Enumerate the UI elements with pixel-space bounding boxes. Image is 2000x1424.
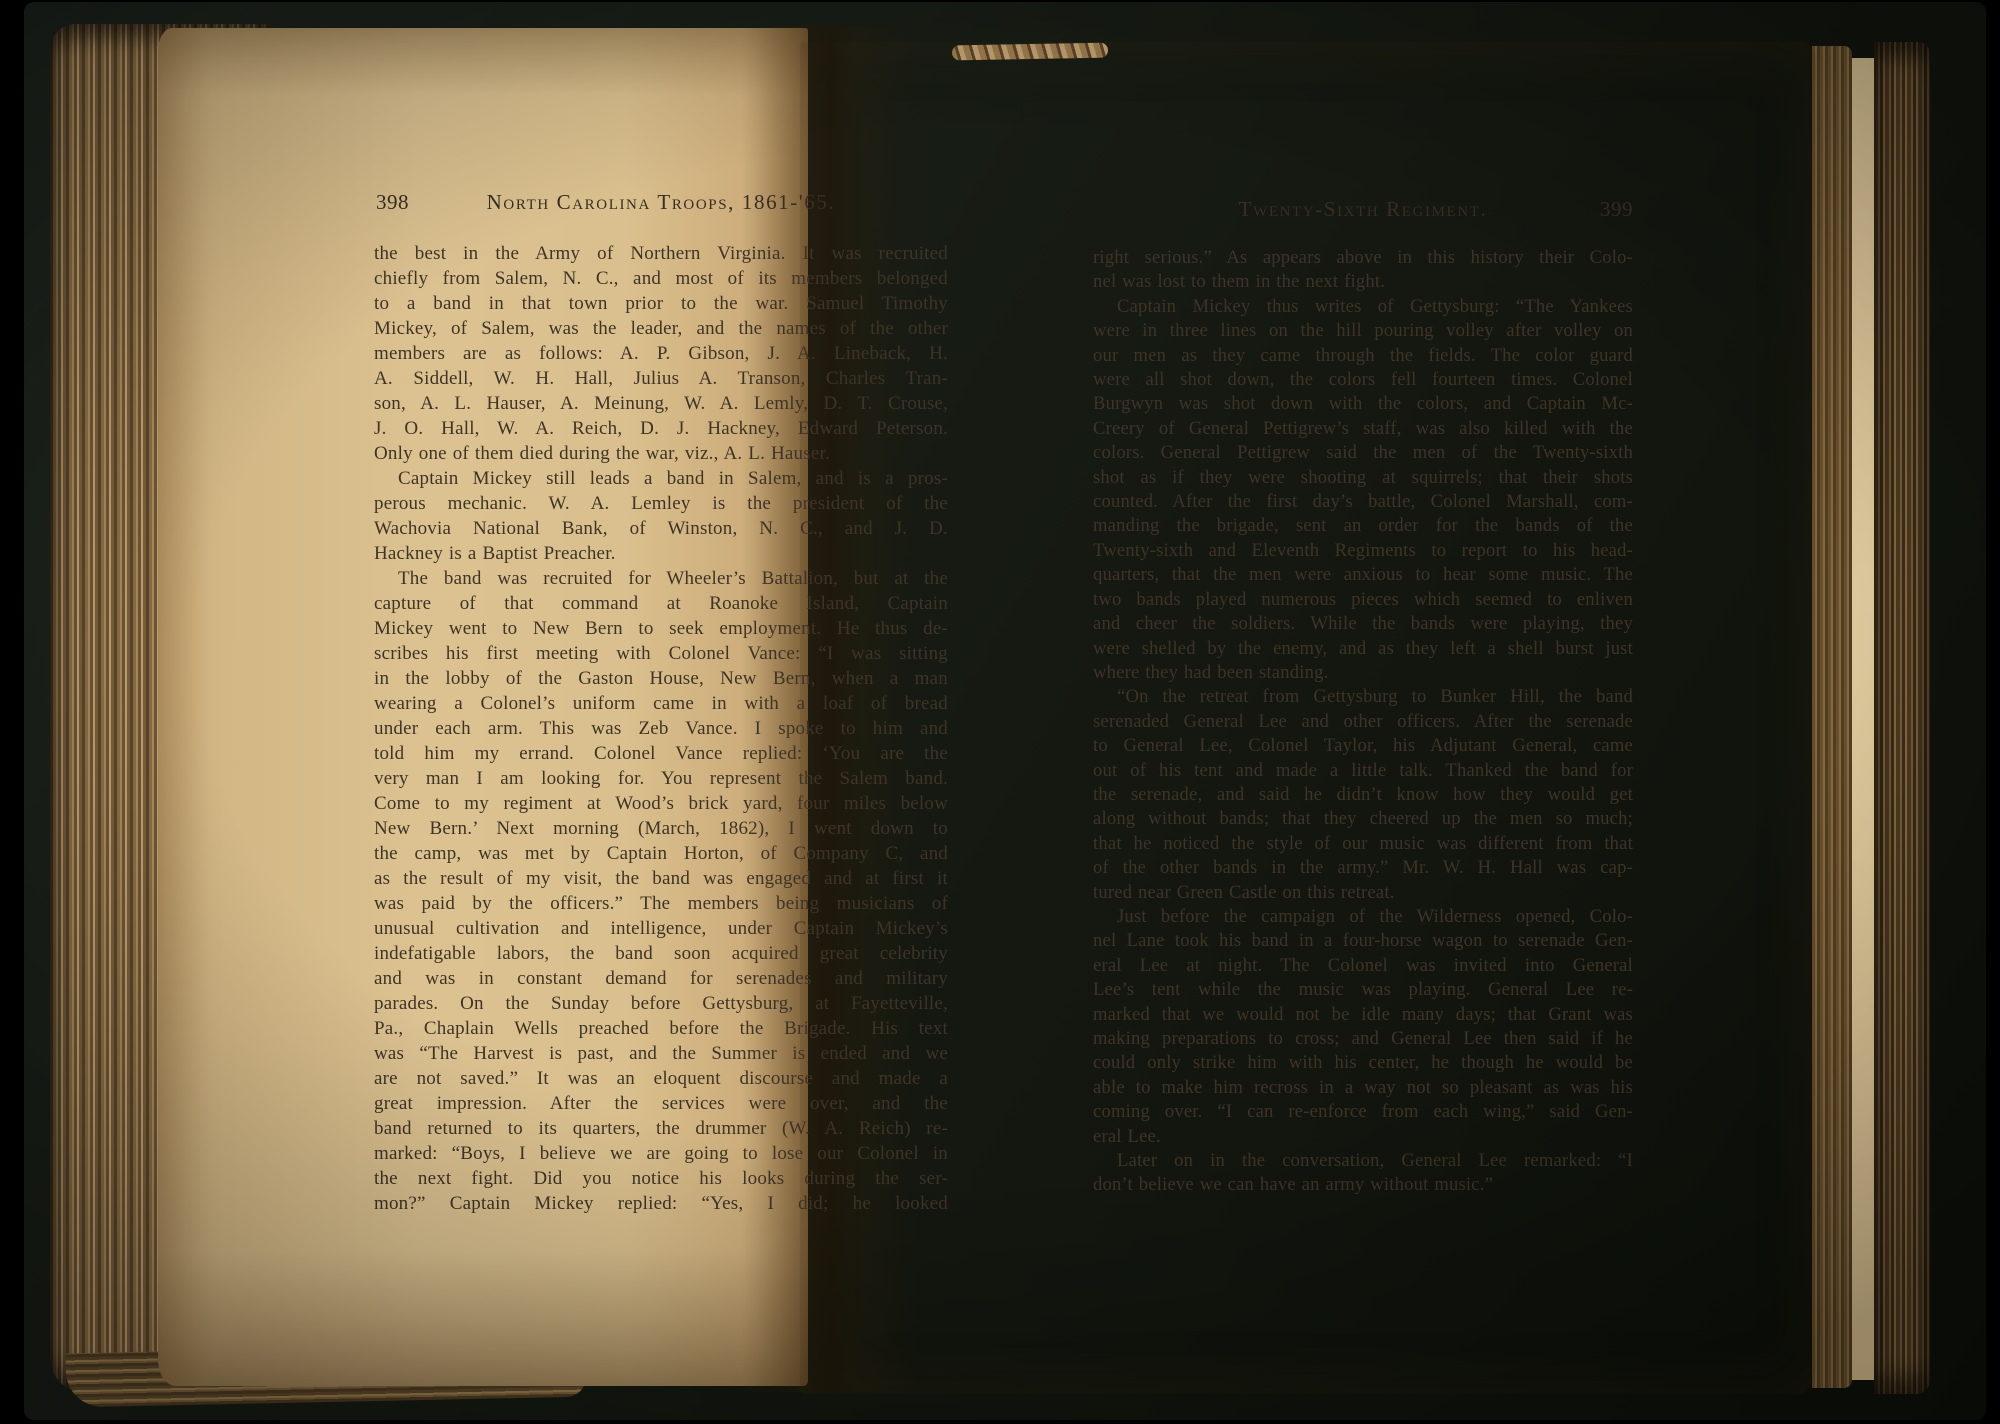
text-line: and cheer the soldiers. While the bands … [1093,612,1633,636]
text-line: the next fight. Did you notice his looks… [374,1166,948,1191]
text-line: J. O. Hall, W. A. Reich, D. J. Hackney, … [374,416,948,441]
text-line: nel was lost to them in the next fight. [1093,270,1633,294]
text-line: manding the brigade, sent an order for t… [1093,514,1633,538]
text-line: are not saved.” It was an eloquent disco… [374,1066,948,1091]
text-line: the best in the Army of Northern Virgini… [374,241,948,266]
paragraph: “On the retreat from Gettysburg to Bunke… [1093,685,1633,905]
paragraph: Later on in the conversation, General Le… [1093,1149,1633,1198]
text-line: Wachovia National Bank, of Winston, N. C… [374,516,948,541]
text-line: in the lobby of the Gaston House, New Be… [374,666,948,691]
text-line: Mickey went to New Bern to seek employme… [374,616,948,641]
text-line: the serenade, and said he didn’t know ho… [1093,783,1633,807]
text-line: along without bands; that they cheered u… [1093,807,1633,831]
text-line: Just before the campaign of the Wilderne… [1093,905,1633,929]
text-line: band returned to its quarters, the drumm… [374,1116,948,1141]
paragraph: Captain Mickey still leads a band in Sal… [374,466,948,566]
text-line: colors. General Pettigrew said the men o… [1093,441,1633,465]
text-line: told him my errand. Colonel Vance replie… [374,741,948,766]
text-line: eral Lee. [1093,1125,1633,1149]
text-line: coming over. “I can re-enforce from each… [1093,1100,1633,1124]
paragraph: right serious.” As appears above in this… [1093,246,1633,295]
text-line: the camp, was met by Captain Horton, of … [374,841,948,866]
text-line: and was in constant demand for serenades… [374,966,948,991]
text-line: eral Lee at night. The Colonel was invit… [1093,954,1633,978]
text-line: out of his tent and made a little talk. … [1093,759,1633,783]
text-line: as the result of my visit, the band was … [374,866,948,891]
text-line: Hackney is a Baptist Preacher. [374,541,948,566]
text-line: Mickey, of Salem, was the leader, and th… [374,316,948,341]
text-line: quarters, that the men were anxious to h… [1093,563,1633,587]
text-line: nel Lane took his band in a four-horse w… [1093,929,1633,953]
book-photo: { "left_page": { "page_number": "398", "… [0,0,2000,1424]
text-line: great impression. After the services wer… [374,1091,948,1116]
right-page-number: 399 [1600,197,1633,222]
text-line: “On the retreat from Gettysburg to Bunke… [1093,685,1633,709]
text-line: Pa., Chaplain Wells preached before the … [374,1016,948,1041]
text-line: to a band in that town prior to the war.… [374,291,948,316]
right-page-edge-highlight [1852,58,1874,1380]
text-line: where they had been standing. [1093,661,1633,685]
text-line: members are as follows: A. P. Gibson, J.… [374,341,948,366]
text-line: scribes his first meeting with Colonel V… [374,641,948,666]
text-line: Later on in the conversation, General Le… [1093,1149,1633,1173]
right-page-body: right serious.” As appears above in this… [1093,246,1633,1198]
text-line: could only strike him with his center, h… [1093,1051,1633,1075]
text-line: wearing a Colonel’s uniform came in with… [374,691,948,716]
paragraph: Captain Mickey thus writes of Gettysburg… [1093,295,1633,686]
left-running-header: North Carolina Troops, 1861-'65. [374,190,948,215]
text-line: mon?” Captain Mickey replied: “Yes, I di… [374,1191,948,1216]
left-page-number: 398 [376,190,409,215]
text-line: was paid by the officers.” The members b… [374,891,948,916]
right-page-header: 399 Twenty-Sixth Regiment. [1093,197,1633,222]
text-line: two bands played numerous pieces which s… [1093,588,1633,612]
right-page-edges-outer [1874,42,1930,1394]
text-line: our men as they came through the fields.… [1093,344,1633,368]
text-line: making preparations to cross; and Genera… [1093,1027,1633,1051]
text-line: Only one of them died during the war, vi… [374,441,948,466]
paragraph: The band was recruited for Wheeler’s Bat… [374,566,948,1216]
right-page-edges-inner [1812,46,1852,1388]
text-line: Creery of General Pettigrew’s staff, was… [1093,417,1633,441]
text-line: were all shot down, the colors fell four… [1093,368,1633,392]
text-line: son, A. L. Hauser, A. Meinung, W. A. Lem… [374,391,948,416]
text-line: that he noticed the style of our music w… [1093,832,1633,856]
text-line: were shelled by the enemy, and as they l… [1093,637,1633,661]
text-line: counted. After the first day’s battle, C… [1093,490,1633,514]
text-line: A. Siddell, W. H. Hall, Julius A. Transo… [374,366,948,391]
text-line: right serious.” As appears above in this… [1093,246,1633,270]
text-line: was “The Harvest is past, and the Summer… [374,1041,948,1066]
text-line: don’t believe we can have an army withou… [1093,1173,1633,1197]
text-line: able to make him recross in a way not so… [1093,1076,1633,1100]
paragraph: Just before the campaign of the Wilderne… [1093,905,1633,1149]
text-line: The band was recruited for Wheeler’s Bat… [374,566,948,591]
text-line: Captain Mickey thus writes of Gettysburg… [1093,295,1633,319]
text-line: marked that we would not be idle many da… [1093,1003,1633,1027]
text-line: to General Lee, Colonel Taylor, his Adju… [1093,734,1633,758]
text-line: Burgwyn was shot down with the colors, a… [1093,392,1633,416]
text-line: parades. On the Sunday before Gettysburg… [374,991,948,1016]
text-line: indefatigable labors, the band soon acqu… [374,941,948,966]
text-line: chiefly from Salem, N. C., and most of i… [374,266,948,291]
text-line: Captain Mickey still leads a band in Sal… [374,466,948,491]
text-line: very man I am looking for. You represent… [374,766,948,791]
text-line: Come to my regiment at Wood’s brick yard… [374,791,948,816]
text-line: were in three lines on the hill pouring … [1093,319,1633,343]
headband-stitching [952,43,1108,61]
text-line: serenaded General Lee and other officers… [1093,710,1633,734]
text-line: under each arm. This was Zeb Vance. I sp… [374,716,948,741]
text-line: New Bern.’ Next morning (March, 1862), I… [374,816,948,841]
text-line: tured near Green Castle on this retreat. [1093,881,1633,905]
left-page-header: 398 North Carolina Troops, 1861-'65. [374,190,948,215]
left-page-body: the best in the Army of Northern Virgini… [374,241,948,1216]
text-line: capture of that command at Roanoke Islan… [374,591,948,616]
paragraph: the best in the Army of Northern Virgini… [374,241,948,466]
text-line: unusual cultivation and intelligence, un… [374,916,948,941]
text-line: of the other bands in the army.” Mr. W. … [1093,856,1633,880]
text-line: Twenty-sixth and Eleventh Regiments to r… [1093,539,1633,563]
text-line: perous mechanic. W. A. Lemley is the pre… [374,491,948,516]
text-line: Lee’s tent while the music was playing. … [1093,978,1633,1002]
right-running-header: Twenty-Sixth Regiment. [1093,197,1633,222]
text-line: shot as if they were shooting at squirre… [1093,466,1633,490]
text-line: marked: “Boys, I believe we are going to… [374,1141,948,1166]
